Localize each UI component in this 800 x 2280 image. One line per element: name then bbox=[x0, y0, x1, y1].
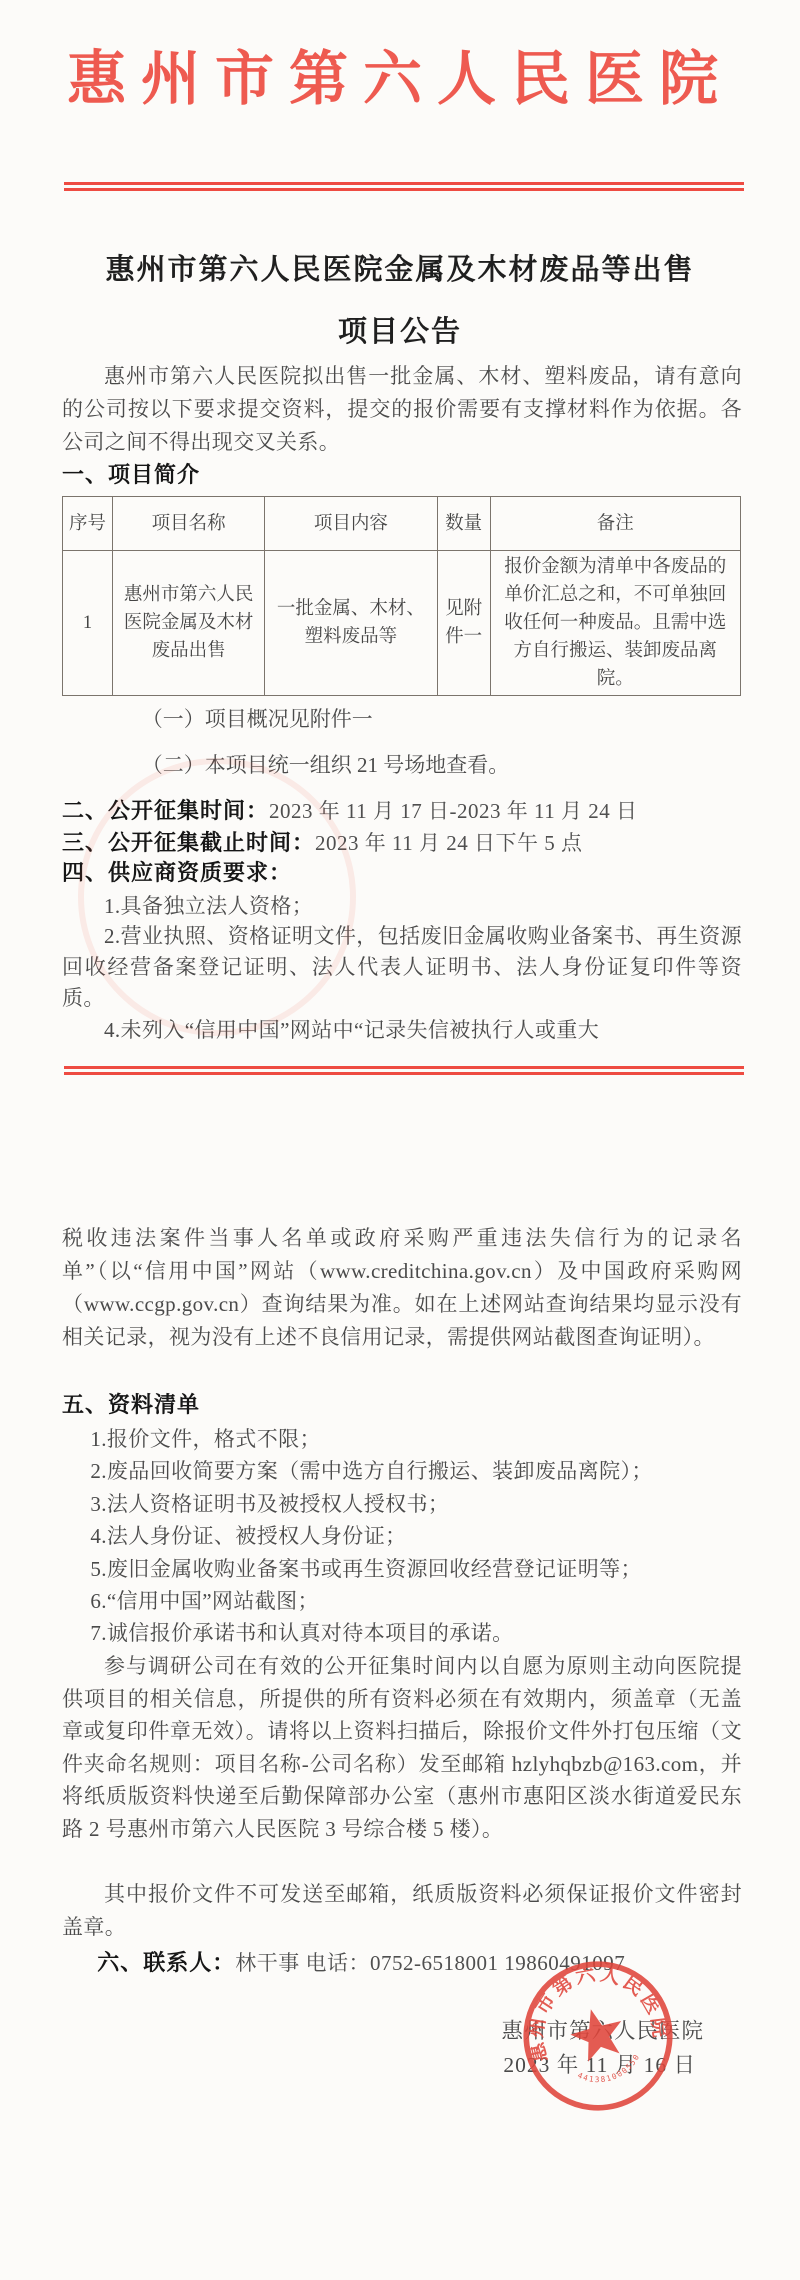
list-item: 2.废品回收简要方案（需中选方自行搬运、装卸废品离院）； bbox=[62, 1455, 742, 1487]
header-cell-name: 项目名称 bbox=[113, 497, 265, 551]
seal-org-text: 惠州市第六人民医院 bbox=[516, 1954, 675, 2076]
sealing-paragraph: 其中报价文件不可发送至邮箱，纸质版资料必须保证报价文件密封盖章。 bbox=[62, 1878, 742, 1944]
section5-heading: 五、资料清单 bbox=[62, 1390, 742, 1420]
document-title-line2: 项目公告 bbox=[0, 312, 800, 352]
header-cell-qty: 数量 bbox=[437, 497, 490, 551]
section3-value: 2023 年 11 月 24 日下午 5 点 bbox=[315, 831, 582, 855]
section1-heading: 一、项目简介 bbox=[62, 460, 742, 490]
contact-label: 六、联系人： bbox=[97, 1950, 235, 1975]
masthead-divider bbox=[64, 182, 744, 191]
header-cell-content: 项目内容 bbox=[265, 497, 437, 551]
document-title-line1: 惠州市第六人民医院金属及木材废品等出售 bbox=[0, 250, 800, 290]
masthead-title: 惠州市第六人民医院 bbox=[0, 38, 800, 120]
document-page: 惠州市第六人民医院 惠州市第六人民医院金属及木材废品等出售 项目公告 惠州市第六… bbox=[0, 0, 800, 2280]
cell-note: 报价金额为清单中各废品的单价汇总之和，不可单独回收任何一种废品。且需中选方自行搬… bbox=[490, 551, 740, 696]
signature-date: 2023 年 11 月 16 日 bbox=[0, 2048, 800, 2079]
cell-content: 一批金属、木材、塑料废品等 bbox=[265, 551, 437, 696]
cell-qty: 见附件一 bbox=[437, 551, 490, 696]
official-seal: 惠州市第六人民医院 4413810005502 bbox=[516, 1954, 680, 2118]
header-cell-note: 备注 bbox=[490, 497, 740, 551]
cell-seq: 1 bbox=[63, 551, 113, 696]
table-header-row: 序号 项目名称 项目内容 数量 备注 bbox=[63, 497, 741, 551]
submission-paragraph: 参与调研公司在有效的公开征集时间内以自愿为原则主动向医院提供项目的相关信息，所提… bbox=[62, 1650, 742, 1846]
list-item: 7.诚信报价承诺书和认真对待本项目的承诺。 bbox=[62, 1617, 742, 1649]
cell-name: 惠州市第六人民医院金属及木材废品出售 bbox=[113, 551, 265, 696]
seal-bleedthrough bbox=[78, 758, 356, 1036]
header-cell-seq: 序号 bbox=[63, 497, 113, 551]
section5-list: 1.报价文件，格式不限； 2.废品回收简要方案（需中选方自行搬运、装卸废品离院）… bbox=[62, 1423, 742, 1650]
intro-paragraph: 惠州市第六人民医院拟出售一批金属、木材、塑料废品，请有意向的公司按以下要求提交资… bbox=[62, 360, 742, 459]
section1-note-1: （一）项目概况见附件一 bbox=[62, 704, 800, 734]
page-divider bbox=[64, 1066, 744, 1075]
list-item: 3.法人资格证明书及被授权人授权书； bbox=[62, 1488, 742, 1520]
svg-text:惠州市第六人民医院: 惠州市第六人民医院 bbox=[516, 1954, 675, 2076]
section4-continuation-paragraph: 税收违法案件当事人名单或政府采购严重违法失信行为的记录名单”（以“信用中国”网站… bbox=[62, 1222, 742, 1354]
star-icon bbox=[565, 2002, 629, 2064]
list-item: 4.法人身份证、被授权人身份证； bbox=[62, 1520, 742, 1552]
project-summary-table: 序号 项目名称 项目内容 数量 备注 1 惠州市第六人民医院金属及木材废品出售 … bbox=[62, 496, 741, 696]
signature-org: 惠州市第六人民医院 bbox=[0, 2014, 800, 2045]
list-item: 6.“信用中国”网站截图； bbox=[62, 1585, 742, 1617]
table-row: 1 惠州市第六人民医院金属及木材废品出售 一批金属、木材、塑料废品等 见附件一 … bbox=[63, 551, 741, 696]
list-item: 5.废旧金属收购业备案书或再生资源回收经营登记证明等； bbox=[62, 1553, 742, 1585]
list-item: 1.报价文件，格式不限； bbox=[62, 1423, 742, 1455]
